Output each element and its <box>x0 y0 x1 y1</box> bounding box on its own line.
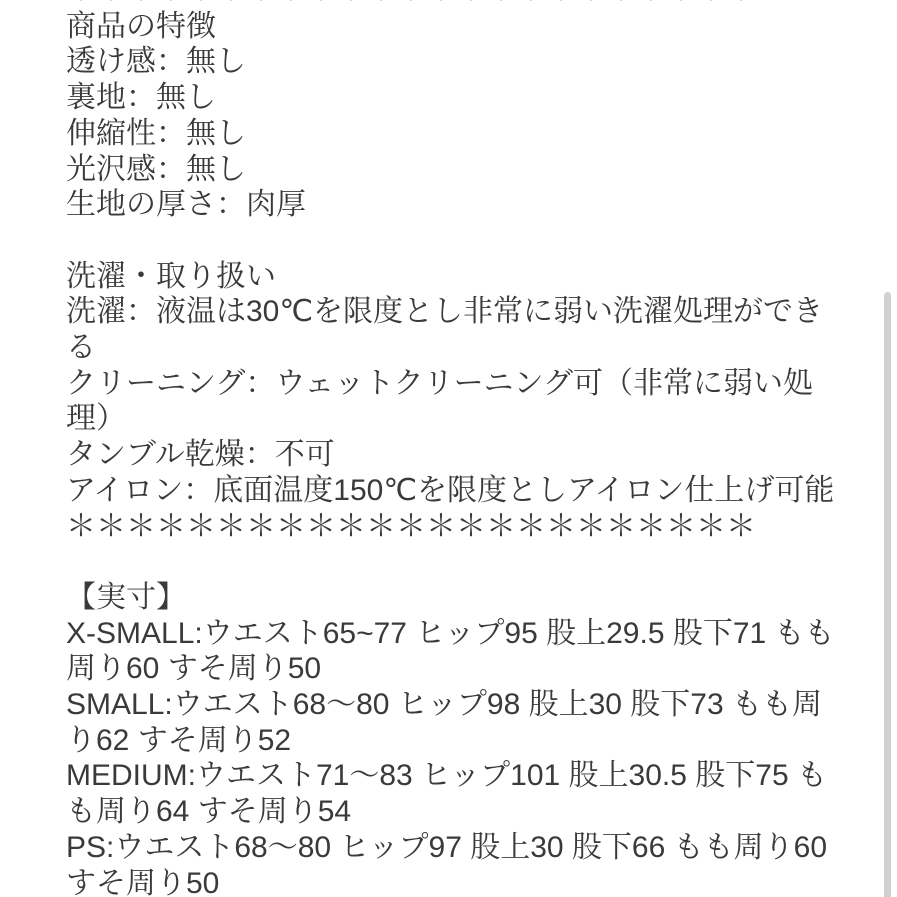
feature-gloss: 光沢感：無し <box>66 152 866 188</box>
care-heading: 洗濯・取り扱い <box>66 259 866 295</box>
separator-top: ＊＊＊＊＊＊＊＊＊＊＊＊＊＊＊＊＊＊＊＊＊＊＊ <box>66 0 866 9</box>
feature-thickness: 生地の厚さ：肉厚 <box>66 187 866 223</box>
size-xsmall-line2: 周り60 すそ周り50 <box>66 651 866 687</box>
features-heading: 商品の特徴 <box>66 9 866 45</box>
care-tumble-dry: タンブル乾燥：不可 <box>66 437 866 473</box>
size-ps-line1: PS:ウエスト68〜80 ヒップ97 股上30 股下66 もも周り60 <box>66 830 866 866</box>
size-small-line2: り62 すそ周り52 <box>66 723 866 759</box>
size-ps-line2: すそ周り50 <box>66 866 866 897</box>
product-description-view[interactable]: ＊＊＊＊＊＊＊＊＊＊＊＊＊＊＊＊＊＊＊＊＊＊＊商品の特徴透け感：無し裏地：無し伸… <box>0 0 897 897</box>
size-medium-line1: MEDIUM:ウエスト71〜83 ヒップ101 股上30.5 股下75 も <box>66 758 866 794</box>
size-small-line1: SMALL:ウエスト68〜80 ヒップ98 股上30 股下73 もも周 <box>66 687 866 723</box>
care-cleaning-line1: クリーニング：ウェットクリーニング可（非常に弱い処 <box>66 366 866 402</box>
feature-sheerness: 透け感：無し <box>66 44 866 80</box>
scrollbar-track[interactable] <box>883 0 892 897</box>
size-medium-line2: も周り64 すそ周り54 <box>66 794 866 830</box>
care-washing-line1: 洗濯：液温は30℃を限度とし非常に弱い洗濯処理ができ <box>66 294 866 330</box>
scrollbar-thumb[interactable] <box>884 292 891 897</box>
separator-bottom: ＊＊＊＊＊＊＊＊＊＊＊＊＊＊＊＊＊＊＊＊＊＊＊ <box>66 509 866 545</box>
care-iron: アイロン：底面温度150℃を限度としアイロン仕上げ可能 <box>66 473 866 509</box>
size-xsmall-line1: X-SMALL:ウエスト65~77 ヒップ95 股上29.5 股下71 もも <box>66 616 866 652</box>
blank-line <box>66 223 866 259</box>
blank-line <box>66 544 866 580</box>
care-washing-line2: る <box>66 330 866 366</box>
measurements-heading: 【実寸】 <box>66 580 866 616</box>
care-cleaning-line2: 理） <box>66 401 866 437</box>
feature-lining: 裏地：無し <box>66 80 866 116</box>
feature-stretch: 伸縮性：無し <box>66 116 866 152</box>
description-text: ＊＊＊＊＊＊＊＊＊＊＊＊＊＊＊＊＊＊＊＊＊＊＊商品の特徴透け感：無し裏地：無し伸… <box>66 0 866 897</box>
